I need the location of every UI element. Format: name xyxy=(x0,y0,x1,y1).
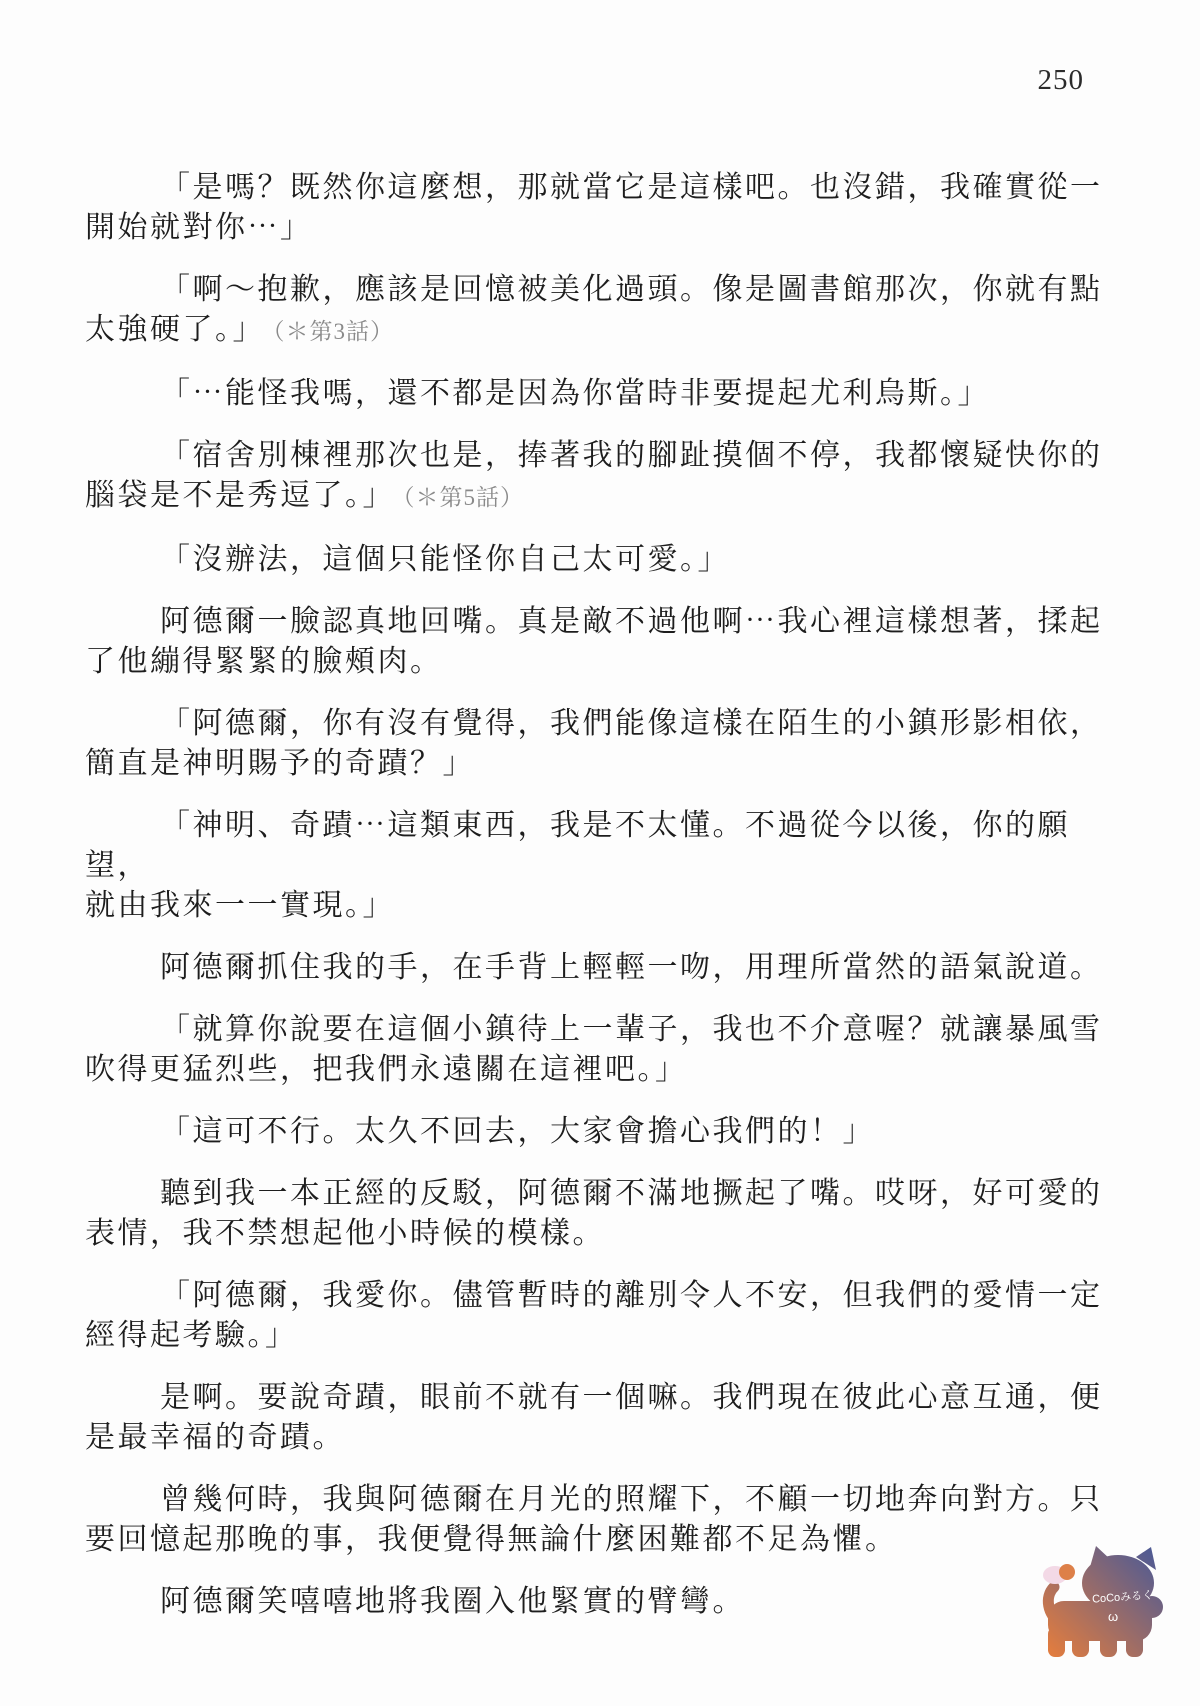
paragraph-text: 阿德爾笑嘻嘻地將我圈入他緊實的臂彎。 xyxy=(160,1585,745,1618)
page-number: 250 xyxy=(1038,64,1085,97)
paragraph-text: 「是嗎？既然你這麼想，那就當它是這樣吧。也沒錯，我確實從一 開始就對你⋯」 xyxy=(85,171,1103,244)
paragraph-text: 「⋯能怪我嗎，還不都是因為你當時非要提起尤利烏斯。」 xyxy=(160,377,990,410)
paragraph: 阿德爾笑嘻嘻地將我圈入他緊實的臂彎。 xyxy=(85,1582,1107,1622)
paragraph-text: 阿德爾一臉認真地回嘴。真是敵不過他啊⋯我心裡這樣想著，揉起 了他繃得緊緊的臉頰肉… xyxy=(85,605,1103,678)
paragraph-text: 「這可不行。太久不回去，大家會擔心我們的！」 xyxy=(160,1115,875,1148)
paragraph: 「阿德爾，你有沒有覺得，我們能像這樣在陌生的小鎮形影相依， 簡直是神明賜予的奇蹟… xyxy=(85,704,1107,784)
paragraph-text: 「宿舍別棟裡那次也是，捧著我的腳趾摸個不停，我都懷疑快你的 腦袋是不是秀逗了。」 xyxy=(85,439,1103,512)
paragraph: 「這可不行。太久不回去，大家會擔心我們的！」 xyxy=(85,1112,1107,1152)
paragraph: 「宿舍別棟裡那次也是，捧著我的腳趾摸個不停，我都懷疑快你的 腦袋是不是秀逗了。」… xyxy=(85,436,1107,518)
cat-leg xyxy=(1126,1627,1143,1657)
paragraph: 「就算你說要在這個小鎮待上一輩子，我也不介意喔？就讓暴風雪 吹得更猛烈些，把我們… xyxy=(85,1010,1107,1090)
episode-note: （＊第3話） xyxy=(273,319,394,344)
episode-note: （＊第5話） xyxy=(403,485,524,510)
paragraph: 是啊。要說奇蹟，眼前不就有一個嘛。我們現在彼此心意互通，便 是最幸福的奇蹟。 xyxy=(85,1378,1107,1458)
paragraph: 「沒辦法，這個只能怪你自己太可愛。」 xyxy=(85,540,1107,580)
paragraph-text: 「阿德爾，我愛你。儘管暫時的離別令人不安，但我們的愛情一定 經得起考驗。」 xyxy=(85,1279,1103,1352)
text-block: 「是嗎？既然你這麼想，那就當它是這樣吧。也沒錯，我確實從一 開始就對你⋯」「啊～… xyxy=(85,168,1107,1644)
paragraph: 聽到我一本正經的反駁，阿德爾不滿地撅起了嘴。哎呀，好可愛的 表情，我不禁想起他小… xyxy=(85,1174,1107,1254)
paragraph-text: 阿德爾抓住我的手，在手背上輕輕一吻，用理所當然的語氣說道。 xyxy=(160,951,1103,984)
cat-leg xyxy=(1100,1627,1117,1657)
paragraph: 「阿德爾，我愛你。儘管暫時的離別令人不安，但我們的愛情一定 經得起考驗。」 xyxy=(85,1276,1107,1356)
paragraph: 曾幾何時，我與阿德爾在月光的照耀下，不顧一切地奔向對方。只 要回憶起那晚的事，我… xyxy=(85,1480,1107,1560)
paragraph: 「⋯能怪我嗎，還不都是因為你當時非要提起尤利烏斯。」 xyxy=(85,374,1107,414)
paragraph: 「啊～抱歉，應該是回憶被美化過頭。像是圖書館那次，你就有點 太強硬了。」（＊第3… xyxy=(85,270,1107,352)
cat-mascot-illustration: CoCoみるく ω xyxy=(1042,1545,1168,1663)
paragraph: 「神明、奇蹟⋯這類東西，我是不太懂。不過從今以後，你的願望， 就由我來一一實現。… xyxy=(85,806,1107,926)
cat-tail-ball xyxy=(1059,1564,1075,1580)
paragraph-text: 「就算你說要在這個小鎮待上一輩子，我也不介意喔？就讓暴風雪 吹得更猛烈些，把我們… xyxy=(85,1013,1103,1086)
paragraph-text: 「沒辦法，這個只能怪你自己太可愛。」 xyxy=(160,543,730,576)
paragraph: 阿德爾抓住我的手，在手背上輕輕一吻，用理所當然的語氣說道。 xyxy=(85,948,1107,988)
paragraph: 阿德爾一臉認真地回嘴。真是敵不過他啊⋯我心裡這樣想著，揉起 了他繃得緊緊的臉頰肉… xyxy=(85,602,1107,682)
paragraph-text: 聽到我一本正經的反駁，阿德爾不滿地撅起了嘴。哎呀，好可愛的 表情，我不禁想起他小… xyxy=(85,1177,1103,1250)
paragraph-text: 「啊～抱歉，應該是回憶被美化過頭。像是圖書館那次，你就有點 太強硬了。」 xyxy=(85,273,1103,346)
paragraph-text: 「阿德爾，你有沒有覺得，我們能像這樣在陌生的小鎮形影相依， 簡直是神明賜予的奇蹟… xyxy=(85,707,1103,780)
paragraph: 「是嗎？既然你這麼想，那就當它是這樣吧。也沒錯，我確實從一 開始就對你⋯」 xyxy=(85,168,1107,248)
paragraph-text: 是啊。要說奇蹟，眼前不就有一個嘛。我們現在彼此心意互通，便 是最幸福的奇蹟。 xyxy=(85,1381,1103,1454)
paragraph-text: 「神明、奇蹟⋯這類東西，我是不太懂。不過從今以後，你的願望， 就由我來一一實現。… xyxy=(85,809,1070,922)
paragraph-text: 曾幾何時，我與阿德爾在月光的照耀下，不顧一切地奔向對方。只 要回憶起那晚的事，我… xyxy=(85,1483,1103,1556)
cat-mouth: ω xyxy=(1108,1609,1118,1624)
cat-leg xyxy=(1048,1627,1065,1657)
cat-leg xyxy=(1072,1627,1089,1657)
